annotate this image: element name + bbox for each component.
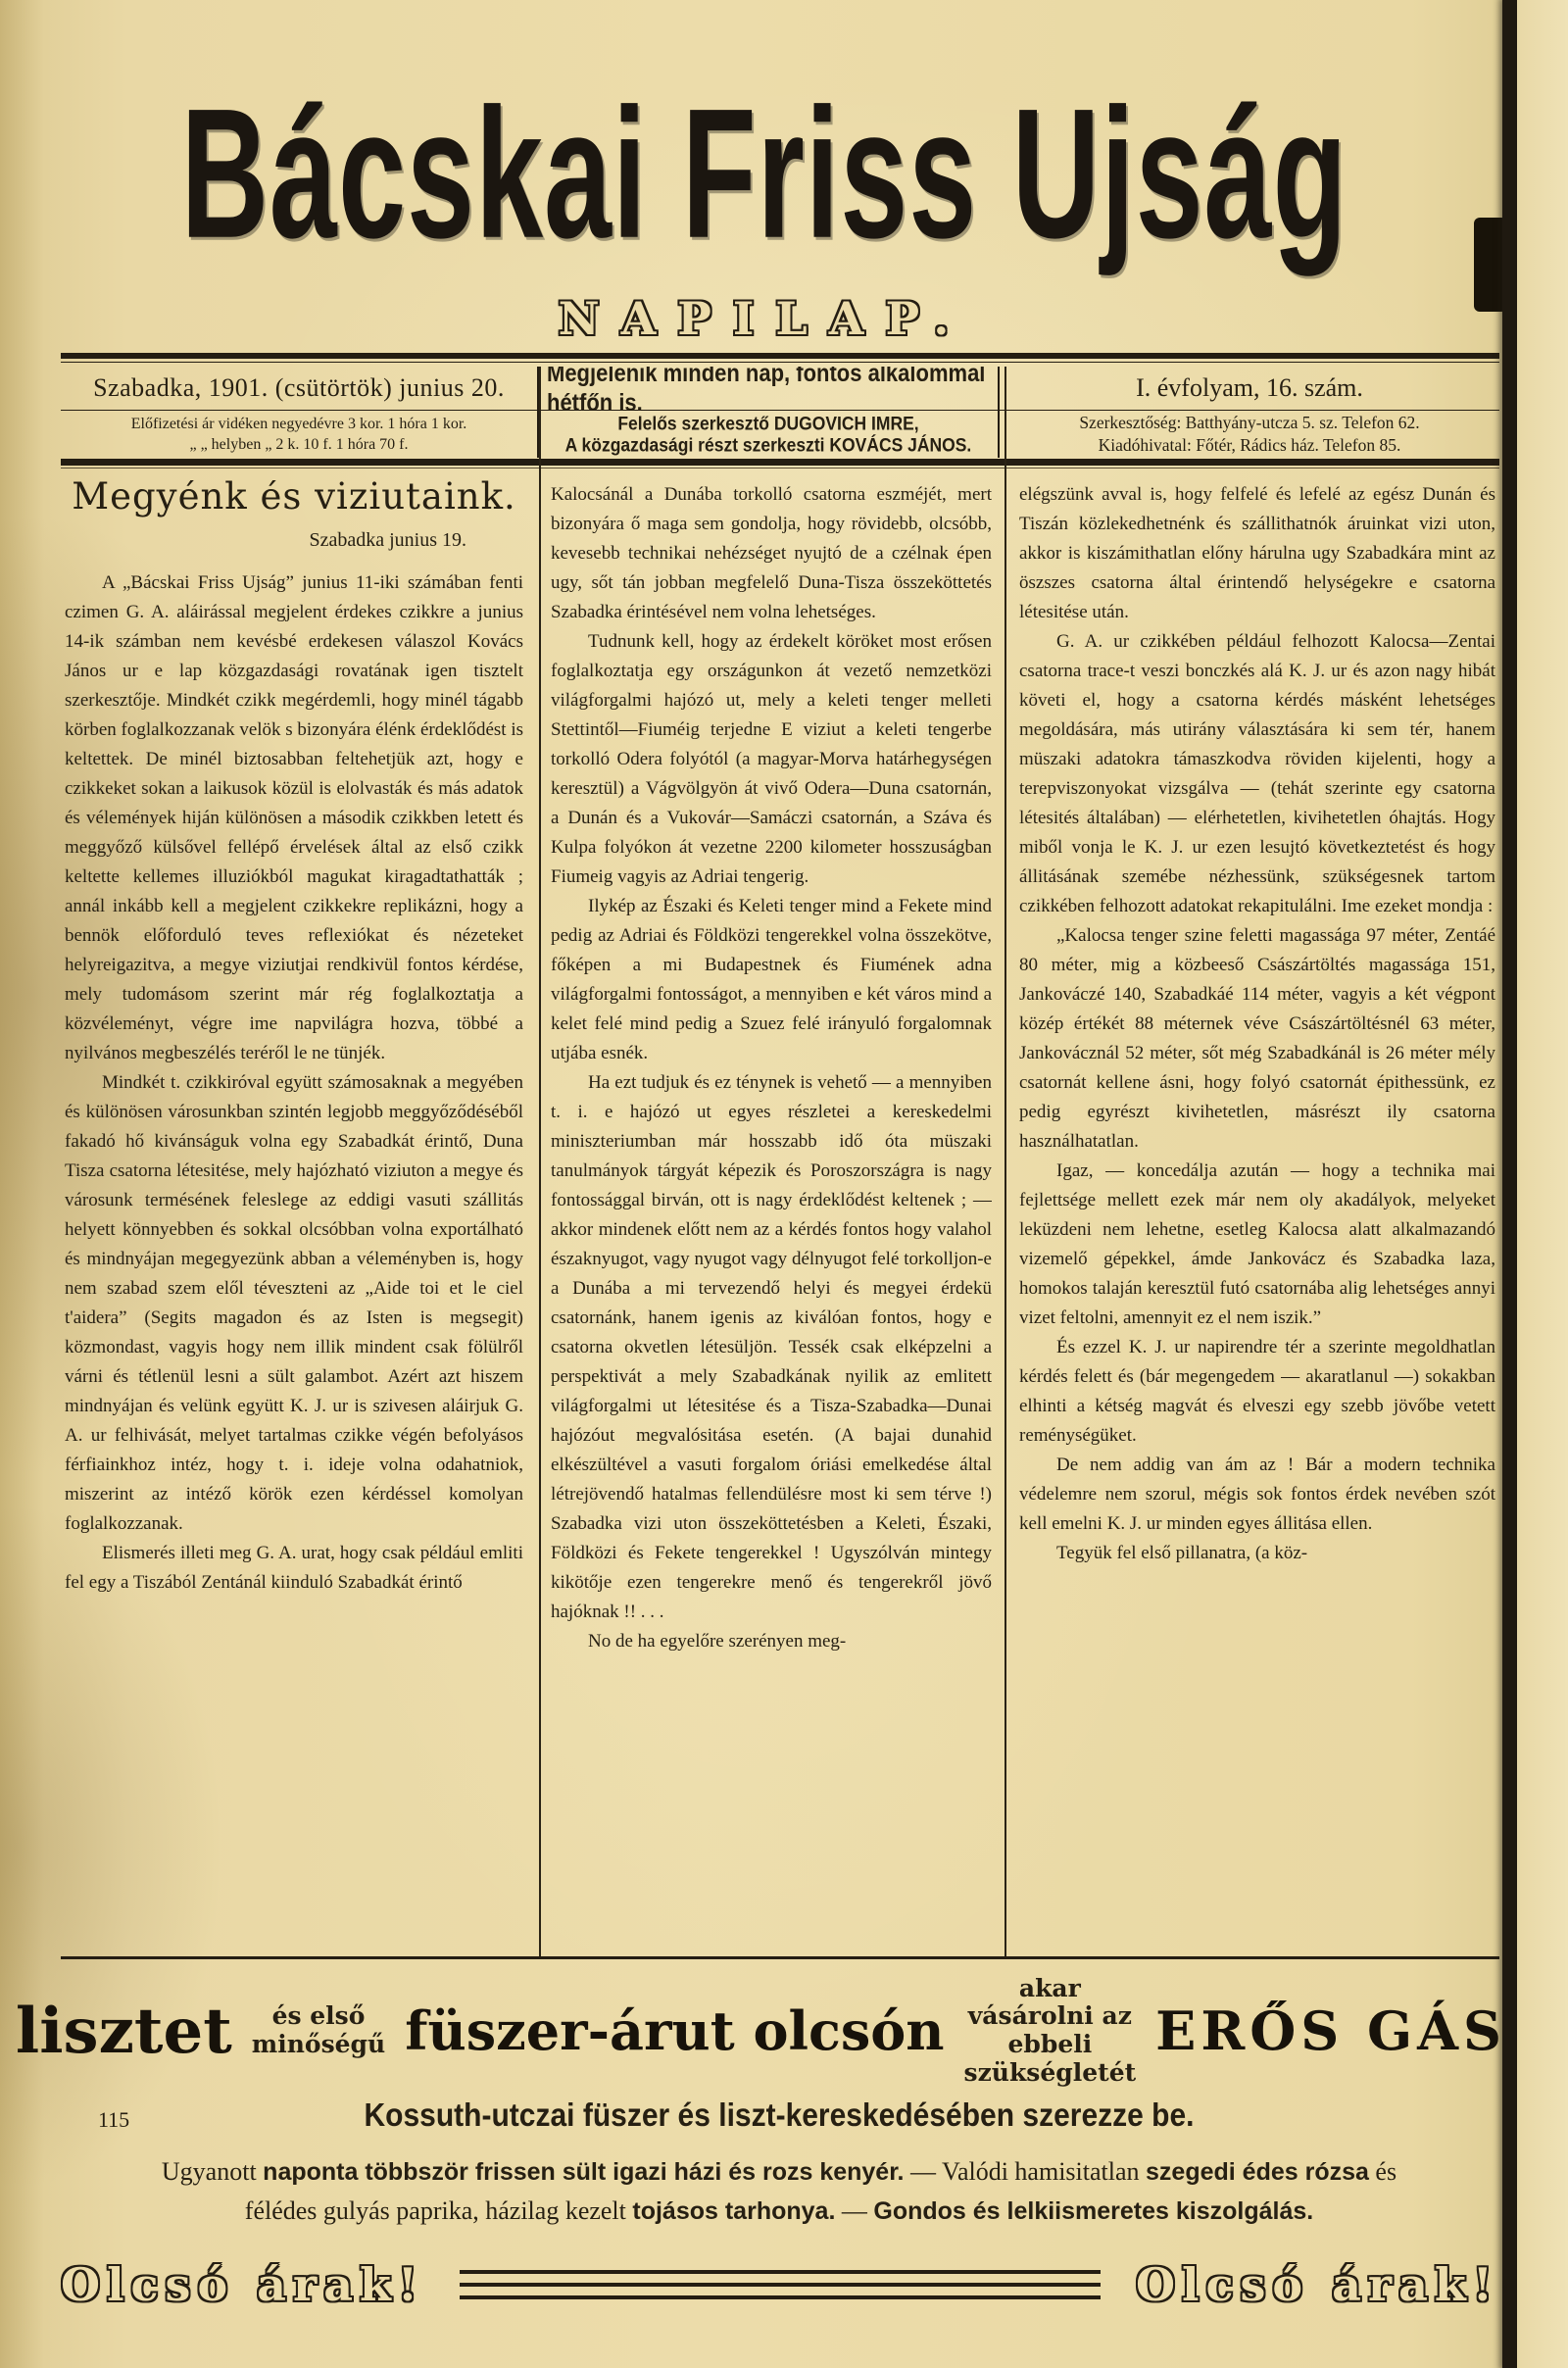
paragraph: Ilykép az Északi és Keleti tenger mind a… [551, 892, 992, 1068]
rule-thick-header-bottom [61, 459, 1499, 466]
ad-akar: akar vásárolni az [964, 1975, 1137, 2032]
paragraph: Ha ezt tudjuk és ez ténynek is vehető — … [551, 1068, 992, 1627]
paragraph: De nem addig van ám az ! Bár a modern te… [1019, 1451, 1495, 1539]
column-divider-1 [539, 367, 541, 1956]
footer-ornament-lines [460, 2270, 1101, 2299]
dateline-right-cell: I. évfolyam, 16. szám. [1000, 367, 1499, 410]
scan-neighbor-page-edge [1517, 0, 1568, 2368]
footer-row: Olcsó árak! Olcsó árak! [61, 2250, 1499, 2319]
office-line2: Kiadóhivatal: Főtér, Rádics ház. Telefon… [1099, 434, 1401, 457]
ad-lisztet: lisztet [16, 1995, 232, 2068]
footer-line [460, 2270, 1101, 2274]
paragraph: G. A. ur czikkében például felhozott Kal… [1019, 627, 1495, 921]
paragraph: Mindkét t. czikkiróval együtt számosakna… [65, 1068, 523, 1539]
editor-line2: A közgazdasági részt szerkeszti KOVÁCS J… [565, 433, 972, 457]
publication-frequency: Megjelenik minden nap, fontos alkalommal… [547, 367, 990, 410]
paragraph: A „Bácskai Friss Ujság” junius 11-iki sz… [65, 568, 523, 1068]
dateline-row: Szabadka, 1901. (csütörtök) junius 20. M… [61, 367, 1499, 411]
ad-ebbeli: ebbeli szükségletét [964, 2031, 1137, 2088]
paragraph: Elismerés illeti meg G. A. urat, hogy cs… [65, 1539, 523, 1598]
ad-text-segment: naponta többször frissen sült igazi házi… [263, 2158, 904, 2186]
paragraph: „Kalocsa tenger szine feletti magassága … [1019, 921, 1495, 1157]
paragraph: No de ha egyelőre szerényen meg- [551, 1627, 992, 1656]
paragraph: Tegyük fel első pillanatra, (a köz- [1019, 1539, 1495, 1568]
paragraph: Kalocsánál a Dunába torkolló csatorna es… [551, 480, 992, 627]
article-column-3: elégszünk avval is, hogy felfelé és lefe… [1019, 480, 1495, 1952]
ad-es-elso: és első [272, 2002, 366, 2031]
footer-line [460, 2283, 1101, 2287]
napilap-label: NAPILAP. [559, 292, 971, 345]
rule-thin-top [61, 362, 1499, 363]
editors-cell: Felelős szerkesztő DUGOVICH IMRE, A közg… [539, 411, 1000, 458]
ad-text-segment: Gondos és lelkiismeretes kiszolgálás. [873, 2197, 1313, 2225]
paragraph: elégszünk avval is, hogy felfelé és lefe… [1019, 480, 1495, 627]
ad-text-segment: szegedi édes rózsa [1146, 2158, 1369, 2186]
ad-text-segment: Ugyanott [162, 2157, 263, 2186]
dateline-left-cell: Szabadka, 1901. (csütörtök) junius 20. [61, 367, 539, 410]
office-line1: Szerkesztőség: Batthyány-utcza 5. sz. Te… [1079, 412, 1419, 434]
dateline-center-cell: Megjelenik minden nap, fontos alkalommal… [539, 367, 1000, 410]
scan-edge-strip [1502, 0, 1517, 2368]
ad-details-line1: Ugyanott naponta többször frissen sült i… [59, 2152, 1499, 2192]
footer-line [460, 2295, 1101, 2299]
ad-shop-address: Kossuth-utczai füszer és liszt-kereskedé… [59, 2097, 1499, 2134]
newspaper-page: Bácskai Friss Ujság NAPILAP. Szabadka, 1… [0, 0, 1568, 2368]
rule-above-ad [61, 1956, 1499, 1959]
newspaper-title: Bácskai Friss Ujság [181, 69, 1348, 280]
issue-date: Szabadka, 1901. (csütörtök) junius 20. [93, 373, 505, 403]
rule-thick-top [61, 353, 1499, 359]
ad-text-segment: — [835, 2196, 873, 2225]
ad-text-segment: — Valódi hamisitatlan [905, 2157, 1147, 2186]
paragraph: Igaz, — koncedálja azután — hogy a techn… [1019, 1157, 1495, 1333]
article-column-1: Megyénk és viziutaink. Szabadka junius 1… [65, 480, 523, 1952]
paragraph: Tudnunk kell, hogy az érdekelt köröket m… [551, 627, 992, 892]
paragraph: És ezzel K. J. ur napirendre tér a szeri… [1019, 1333, 1495, 1451]
subscription-cell: Előfizetési ár vidéken negyedévre 3 kor.… [61, 411, 539, 458]
ad-minosegu: minőségű [252, 2031, 385, 2059]
article-dateline: Szabadka junius 19. [65, 525, 523, 555]
ad-fuszer-arut: füszer-árut olcsón [405, 1999, 944, 2062]
flour-ad: ☛ Aki kitünő lisztet és első minőségű fü… [39, 1962, 1509, 2099]
info-row: Előfizetési ár vidéken negyedévre 3 kor.… [61, 411, 1499, 458]
cheap-prices-right: Olcsó árak! [1136, 2258, 1499, 2311]
rule-thin-header-bottom [61, 468, 1499, 469]
volume-issue: I. évfolyam, 16. szám. [1136, 373, 1363, 403]
ad-details: Ugyanott naponta többször frissen sült i… [59, 2152, 1499, 2231]
ad-quality-stack: és első minőségű [252, 2002, 385, 2059]
masthead: Bácskai Friss Ujság [29, 69, 1499, 208]
cheap-prices-left: Olcsó árak! [61, 2258, 424, 2311]
ad-need-stack: akar vásárolni az ebbeli szükségletét [964, 1975, 1137, 2088]
office-cell: Szerkesztőség: Batthyány-utcza 5. sz. Te… [1000, 411, 1499, 458]
ad-text-segment: tojásos tarhonya. [632, 2197, 835, 2225]
ad-text-segment: és [1369, 2157, 1396, 2186]
napilap-banner: NAPILAP. [29, 292, 1499, 345]
article-column-2: Kalocsánál a Dunába torkolló csatorna es… [551, 480, 992, 1952]
ad-details-line2: félédes gulyás paprika, házilag kezelt t… [59, 2192, 1499, 2231]
editor-line1: Felelős szerkesztő DUGOVICH IMRE, [617, 412, 918, 435]
column-divider-2 [1004, 367, 1006, 1956]
subscription-line1: Előfizetési ár vidéken negyedévre 3 kor.… [131, 414, 467, 434]
article-title: Megyénk és viziutaink. [65, 482, 523, 512]
subscription-line2: „ „ helyben „ 2 k. 10 f. 1 hóra 70 f. [189, 434, 408, 455]
ad-text-segment: félédes gulyás paprika, házilag kezelt [245, 2196, 633, 2225]
